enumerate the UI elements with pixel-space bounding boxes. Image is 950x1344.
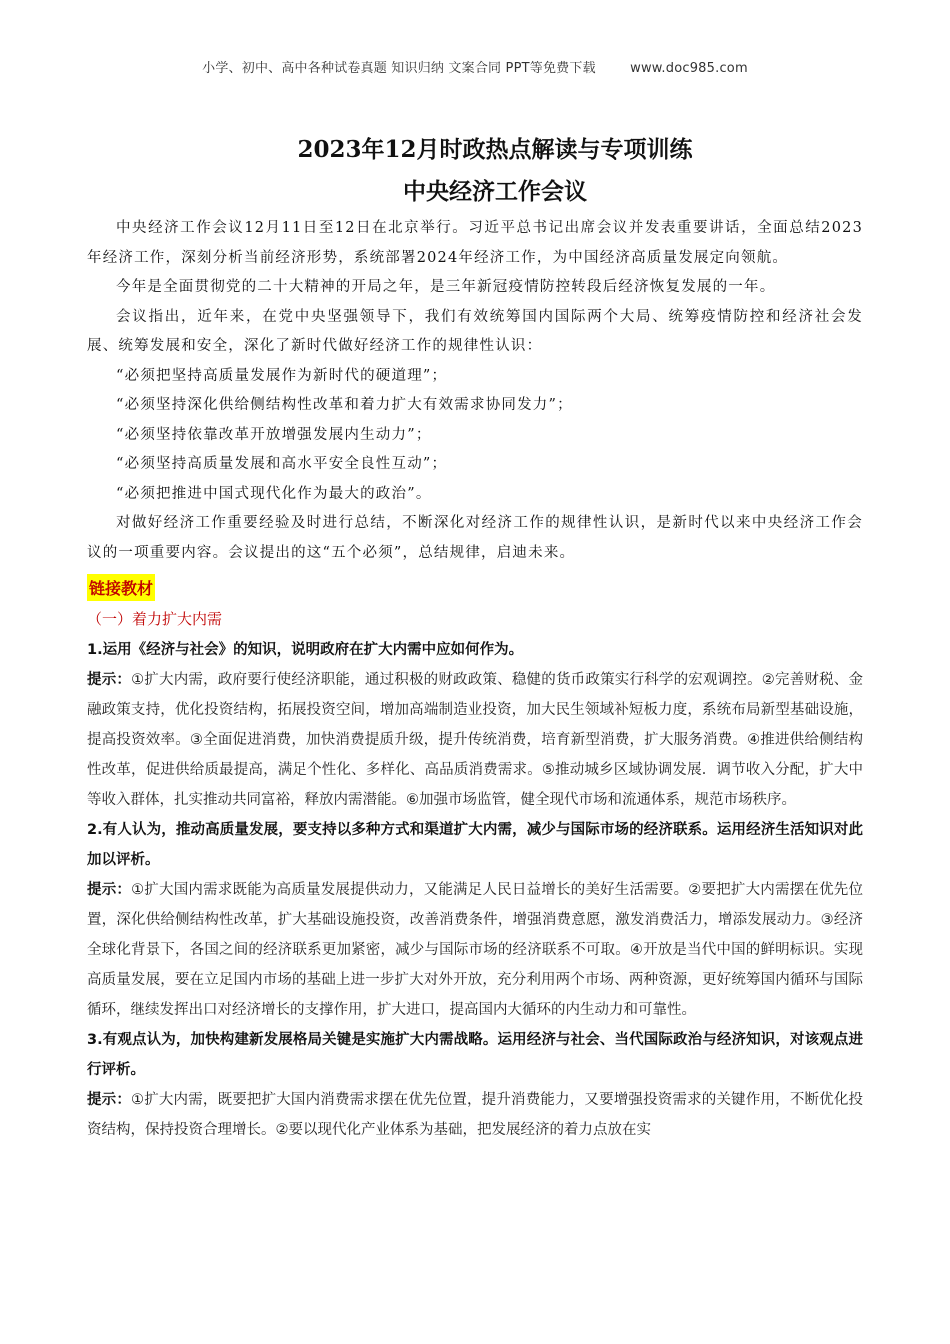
hint-text: ①扩大国内需求既能为高质量发展提供动力，又能满足人民日益增长的美好生活需要。②要… — [87, 882, 863, 1018]
hint-2: 提示：①扩大国内需求既能为高质量发展提供动力，又能满足人民日益增长的美好生活需要… — [87, 875, 863, 1025]
hint-3: 提示：①扩大内需，既要把扩大国内消费需求摆在优先位置，提升消费能力，又要增强投资… — [87, 1085, 863, 1145]
closing-paragraph: 对做好经济工作重要经验及时进行总结，不断深化对经济工作的规律性认识，是新时代以来… — [87, 509, 863, 568]
hint-text: ①扩大内需，既要把扩大国内消费需求摆在优先位置，提升消费能力，又要增强投资需求的… — [87, 1092, 863, 1138]
quote-item: “必须坚持依靠改革开放增强发展内生动力”； — [87, 421, 863, 451]
section-badge-row: 链接教材 — [87, 568, 863, 601]
question-3: 3.有观点认为，加快构建新发展格局关键是实施扩大内需战略。运用经济与社会、当代国… — [87, 1025, 863, 1085]
quote-item: “必须把坚持高质量发展作为新时代的硬道理”； — [87, 362, 863, 392]
hint-text: ①扩大内需，政府要行使经济职能，通过积极的财政政策、稳健的货币政策实行科学的宏观… — [87, 672, 863, 808]
document-page: 2023年12月时政热点解读与专项训练 中央经济工作会议 中央经济工作会议12月… — [87, 130, 863, 1145]
section-badge: 链接教材 — [87, 574, 155, 601]
hint-1: 提示：①扩大内需，政府要行使经济职能，通过积极的财政政策、稳健的货币政策实行科学… — [87, 665, 863, 815]
question-2: 2.有人认为，推动高质量发展，要支持以多种方式和渠道扩大内需，减少与国际市场的经… — [87, 815, 863, 875]
hint-label: 提示： — [87, 672, 131, 688]
quote-item: “必须坚持深化供给侧结构性改革和着力扩大有效需求协同发力”； — [87, 391, 863, 421]
hint-label: 提示： — [87, 882, 131, 898]
intro-paragraph: 今年是全面贯彻党的二十大精神的开局之年，是三年新冠疫情防控转段后经济恢复发展的一… — [87, 273, 863, 303]
page-header-banner: 小学、初中、高中各种试卷真题 知识归纳 文案合同 PPT等免费下载 www.do… — [0, 57, 950, 76]
quote-item: “必须把推进中国式现代化作为最大的政治”。 — [87, 480, 863, 510]
document-subtitle: 中央经济工作会议 — [87, 170, 863, 214]
intro-paragraph: 会议指出，近年来，在党中央坚强领导下，我们有效统筹国内国际两个大局、统筹疫情防控… — [87, 303, 863, 362]
hint-label: 提示： — [87, 1092, 131, 1108]
header-banner-text: 小学、初中、高中各种试卷真题 知识归纳 文案合同 PPT等免费下载 — [202, 61, 596, 76]
question-1: 1.运用《经济与社会》的知识，说明政府在扩大内需中应如何作为。 — [87, 635, 863, 665]
header-site-link[interactable]: www.doc985.com — [630, 61, 748, 76]
document-title: 2023年12月时政热点解读与专项训练 — [87, 130, 863, 170]
subsection-title: （一）着力扩大内需 — [87, 603, 863, 635]
intro-paragraph: 中央经济工作会议12月11日至12日在北京举行。习近平总书记出席会议并发表重要讲… — [87, 214, 863, 273]
quote-item: “必须坚持高质量发展和高水平安全良性互动”； — [87, 450, 863, 480]
